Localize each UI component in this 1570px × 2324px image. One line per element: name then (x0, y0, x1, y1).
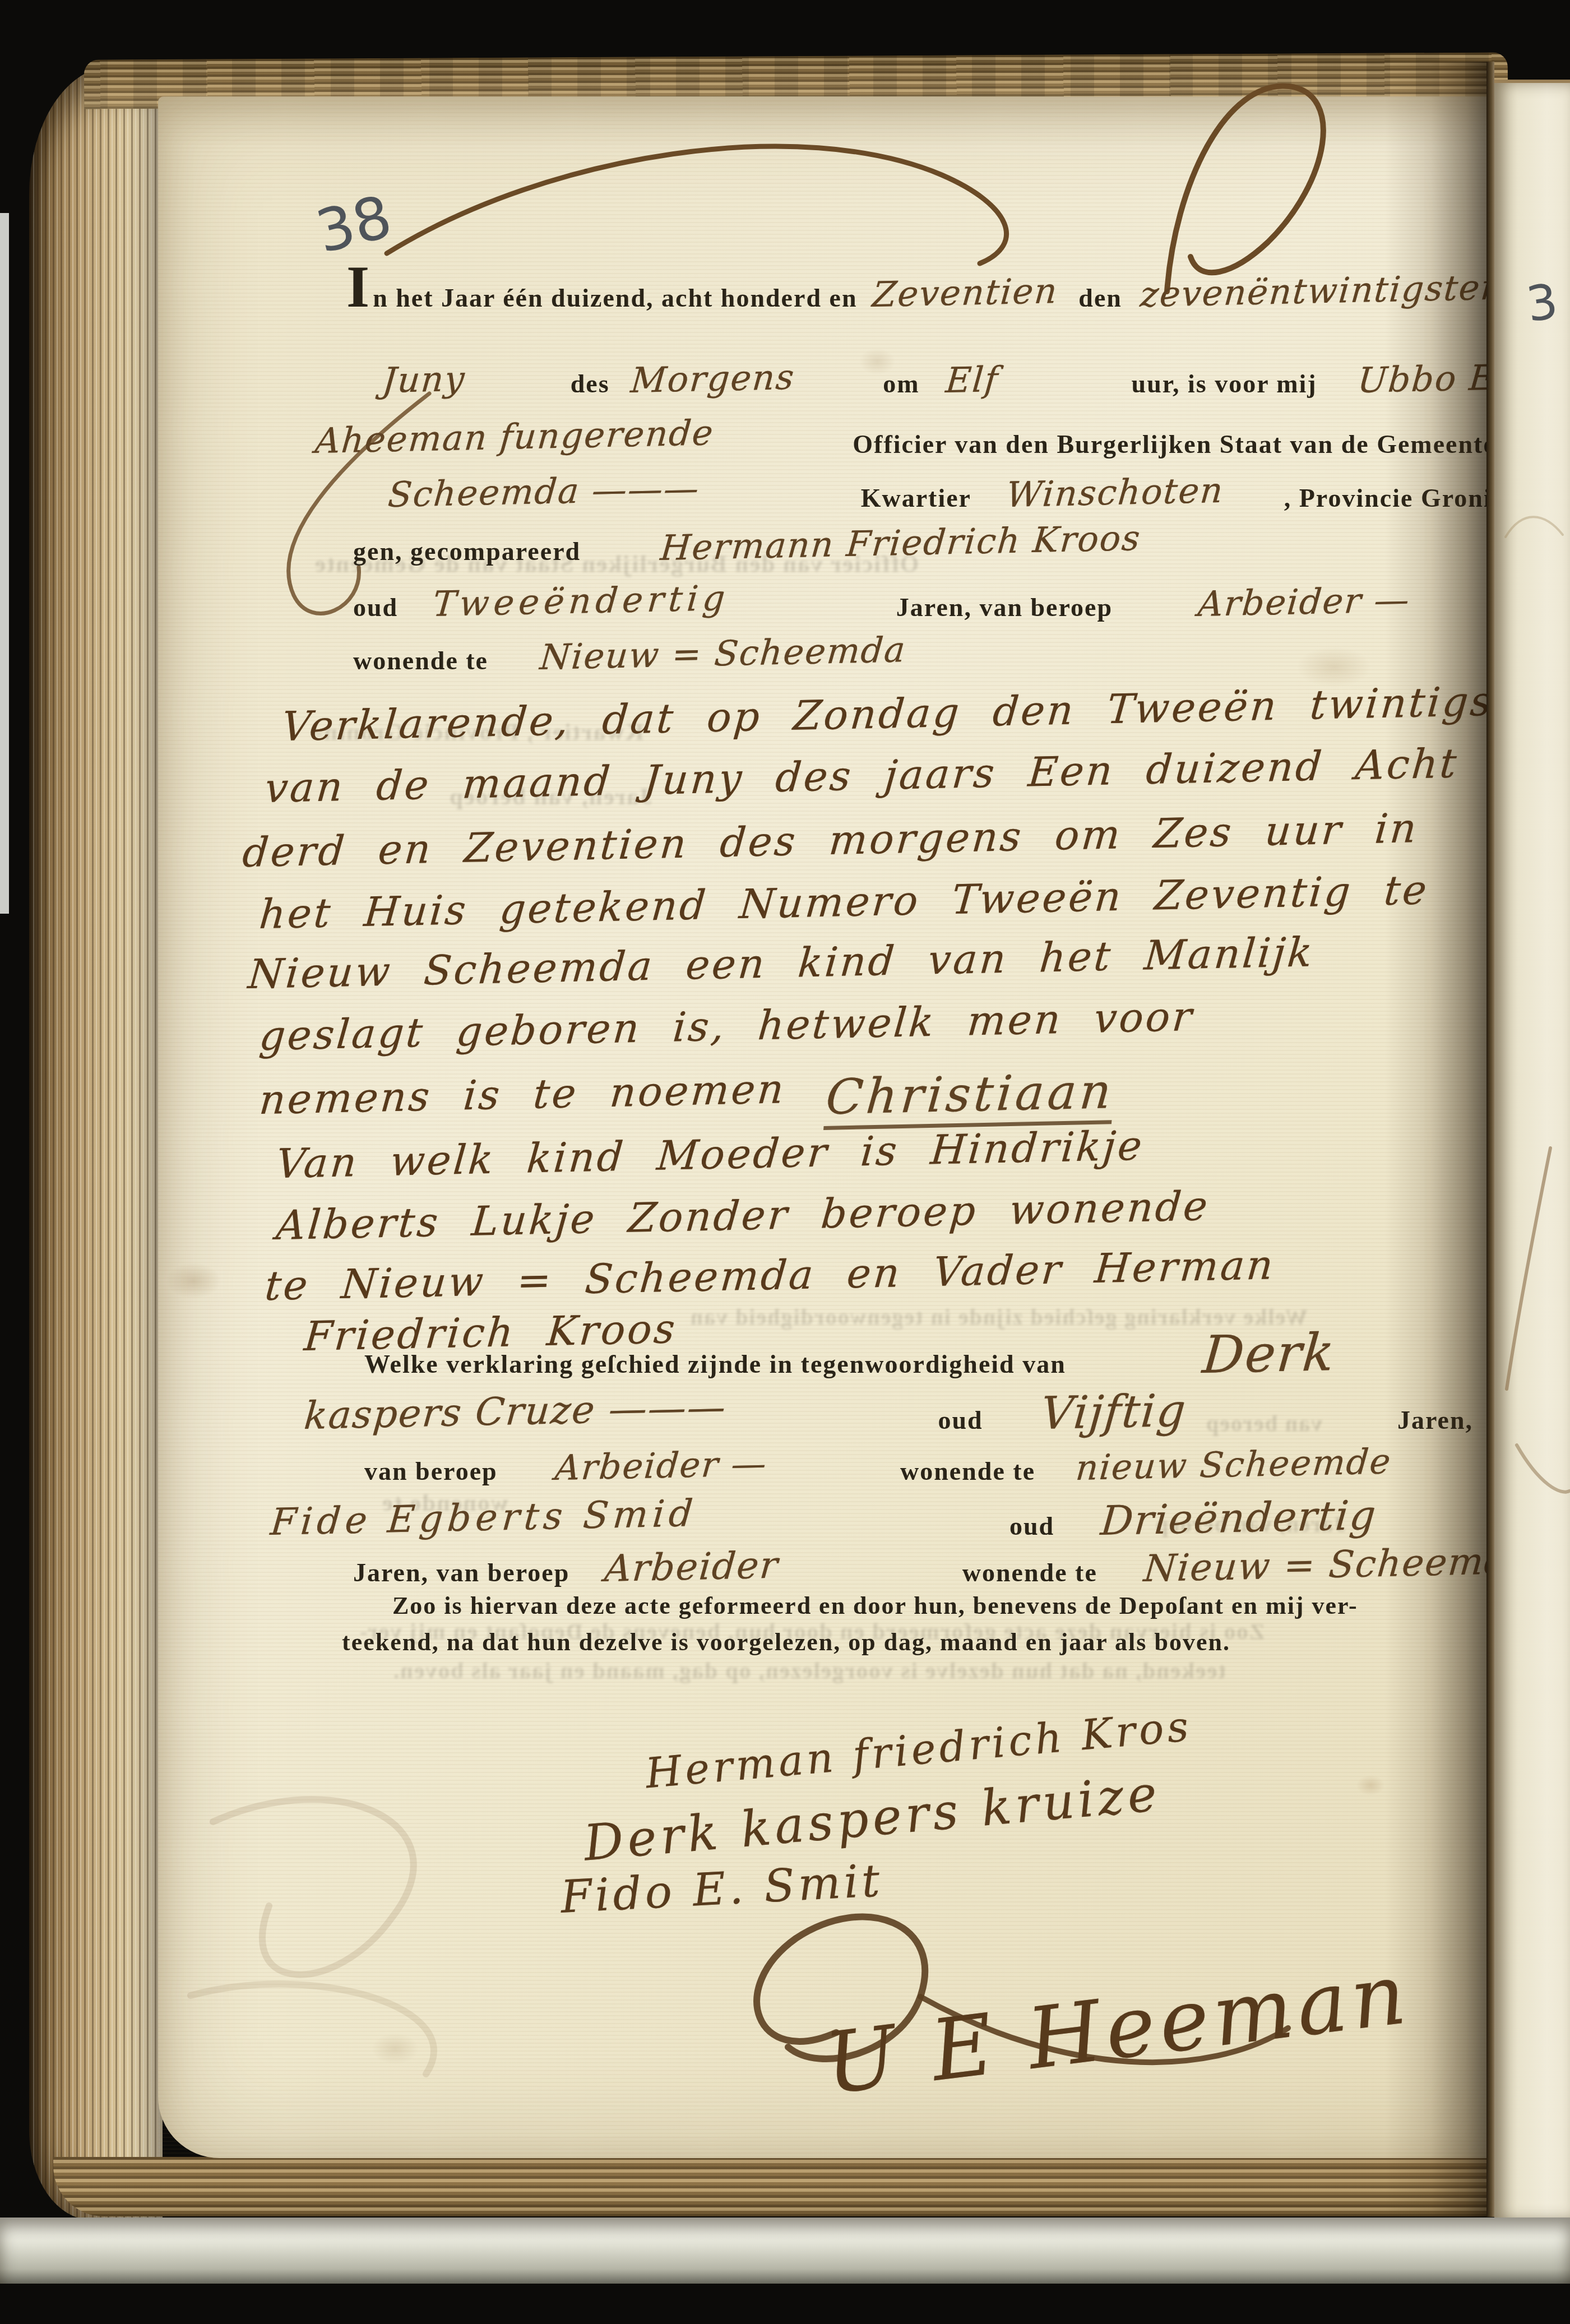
act-line-07: wonende teNieuw = Scheemda (353, 640, 905, 675)
manuscript-segment: Arbeider (603, 1547, 780, 1587)
scanner-bed-sliver (0, 213, 9, 914)
manuscript-segment: Derk (1201, 1327, 1337, 1381)
manuscript-segment: Elf (944, 362, 1000, 398)
printed-segment: Jaren, (1397, 1406, 1473, 1434)
manuscript-segment: Zeventien (871, 274, 1059, 312)
printed-segment: des (571, 369, 610, 398)
printed-segment: In het Jaar één duizend, acht honderd en (346, 284, 858, 311)
child-name-manuscript: Christiaan (823, 1067, 1116, 1130)
act-line-21: van beroepArbeider —wonende tenieuw Sche… (364, 1451, 1570, 1485)
act-line-12: Nieuw Scheemda een kind van het Manlijk (247, 954, 1313, 994)
printed-segment: den (1078, 284, 1122, 312)
manuscript-segment: Tweeëndertig (432, 581, 731, 622)
act-line-04: Scheemda ———KwartierWinschoten, Provinci… (387, 478, 1517, 512)
act-line-19: Welke verklaring geſchied zijnde in tege… (364, 1330, 1333, 1381)
act-line-01: In het Jaar één duizend, acht honderd en… (346, 277, 1503, 312)
manuscript-segment: Aheeman fungerende (314, 415, 715, 459)
printed-segment: Officier van den Burgerlijken Staat van … (853, 430, 1496, 459)
printed-segment: wonende te (353, 646, 488, 675)
printed-segment: Kwartier (861, 484, 971, 512)
act-line-17: te Nieuw = Scheemda en Vader Herman (263, 1266, 1273, 1306)
act-line-02: JunydesMorgensomElfuur, is voor mijUbbo … (381, 363, 1570, 398)
act-line-05: gen, gecompareerdHermann Friedrich Kroos (353, 531, 1140, 566)
manuscript-segment: Hermann Friedrich Kroos (659, 521, 1142, 566)
manuscript-segment: Scheemda ——— (387, 471, 701, 512)
manuscript-segment: nemens is te noemen (258, 1068, 788, 1120)
manuscript-segment: Fide Egberts Smid (269, 1495, 698, 1541)
printed-segment: gen, gecompareerd (353, 537, 581, 566)
stray-ink-stroke (1507, 1148, 1550, 1389)
closing-paragraph-line-1: Zoo is hiervan deze acte geformeerd en d… (392, 1594, 1358, 1618)
act-line-15: Van welk kind Moeder is Hindrikje (275, 1144, 1142, 1184)
printed-segment: Jaren, van beroep (353, 1558, 569, 1587)
printed-segment: wonende te (962, 1558, 1097, 1587)
act-line-23: Jaren, van beroepArbeiderwonende teNieuw… (353, 1550, 1531, 1587)
manuscript-segment: zevenëntwintigsten (1139, 270, 1506, 312)
act-line-08: Verklarende, dat op Zondag den Tweeën tw… (280, 706, 1565, 747)
printed-segment: Zoo is hiervan deze acte geformeerd en d… (392, 1592, 1358, 1619)
next-page-ink-strokes (1494, 83, 1570, 2220)
book-page-edges-bottom (53, 2157, 1514, 2216)
printed-segment: teekend, na dat hun dezelve is voorgelez… (342, 1628, 1230, 1656)
printed-segment: oud (938, 1406, 983, 1434)
printed-segment: van beroep (364, 1457, 498, 1485)
printed-segment: Welke verklaring geſchied zijnde in tege… (364, 1350, 1066, 1378)
manuscript-segment: Morgens (629, 360, 796, 398)
act-line-03: Aheeman fungerendeOfficier van den Burge… (314, 424, 1496, 459)
act-line-13: geslagt geboren is, hetwelk men voor (258, 1016, 1192, 1056)
printed-segment: Jaren, van beroep (896, 593, 1113, 622)
act-line-22: Fide Egberts SmidoudDrieëndertig (269, 1501, 1375, 1541)
manuscript-segment: Nieuw = Scheemda (539, 632, 907, 675)
printed-segment: wonende te (900, 1457, 1035, 1485)
scanner-bed-strip (0, 2217, 1570, 2284)
manuscript-segment: Juny (381, 362, 467, 398)
stray-ink-stroke (1506, 517, 1563, 537)
manuscript-segment: Arbeider — (1197, 582, 1411, 622)
printed-segment: , Provincie Gronin- (1284, 484, 1517, 512)
manuscript-segment: Nieuw = Scheemda (1142, 1542, 1534, 1587)
act-line-14: nemens is te noemenChristiaan (258, 1073, 1111, 1130)
manuscript-segment: Arbeider — (554, 1446, 768, 1485)
next-page-sliver: 3 (1494, 80, 1570, 2223)
printed-segment: uur, is voor mij (1132, 369, 1317, 398)
manuscript-segment: kaspers Cruze ——— (303, 1388, 728, 1436)
bleedthrough-text: teekend, na dat hun dezelve is voorgelez… (392, 1659, 1226, 1682)
act-line-09: van de maand Juny des jaars Een duizend … (263, 768, 1570, 808)
manuscript-segment: Vijftig (1039, 1388, 1188, 1436)
page-fold-seam (1486, 62, 1494, 2217)
printed-segment: oud (1009, 1512, 1054, 1540)
closing-paragraph-line-2: teekend, na dat hun dezelve is voorgelez… (342, 1630, 1230, 1655)
book-page-edges-left (29, 66, 163, 2220)
printed-segment: oud (353, 593, 398, 622)
act-line-06: oudTweeëndertigJaren, van beroepArbeider… (353, 587, 1409, 622)
stray-ink-stroke (1517, 1445, 1569, 1492)
page-number: 38 (311, 187, 397, 262)
act-line-16: Alberts Lukje Zonder beroep wonende (275, 1205, 1208, 1246)
manuscript-segment: Winschoten (1005, 473, 1225, 512)
act-line-10: derd en Zeventien des morgens om Zes uur… (241, 832, 1417, 873)
manuscript-segment: nieuw Scheemde (1075, 1444, 1393, 1485)
act-line-11: het Huis getekend Numero Tweeën Zeventig… (258, 894, 1428, 934)
act-line-20: kaspers Cruze ———oudVijftigJaren, (303, 1391, 1473, 1436)
printed-segment: om (883, 369, 919, 398)
scanned-register-photo: 38 Officier van den Burgerlijken Staat v… (0, 0, 1570, 2324)
manuscript-segment: Drieëndertig (1099, 1495, 1378, 1541)
